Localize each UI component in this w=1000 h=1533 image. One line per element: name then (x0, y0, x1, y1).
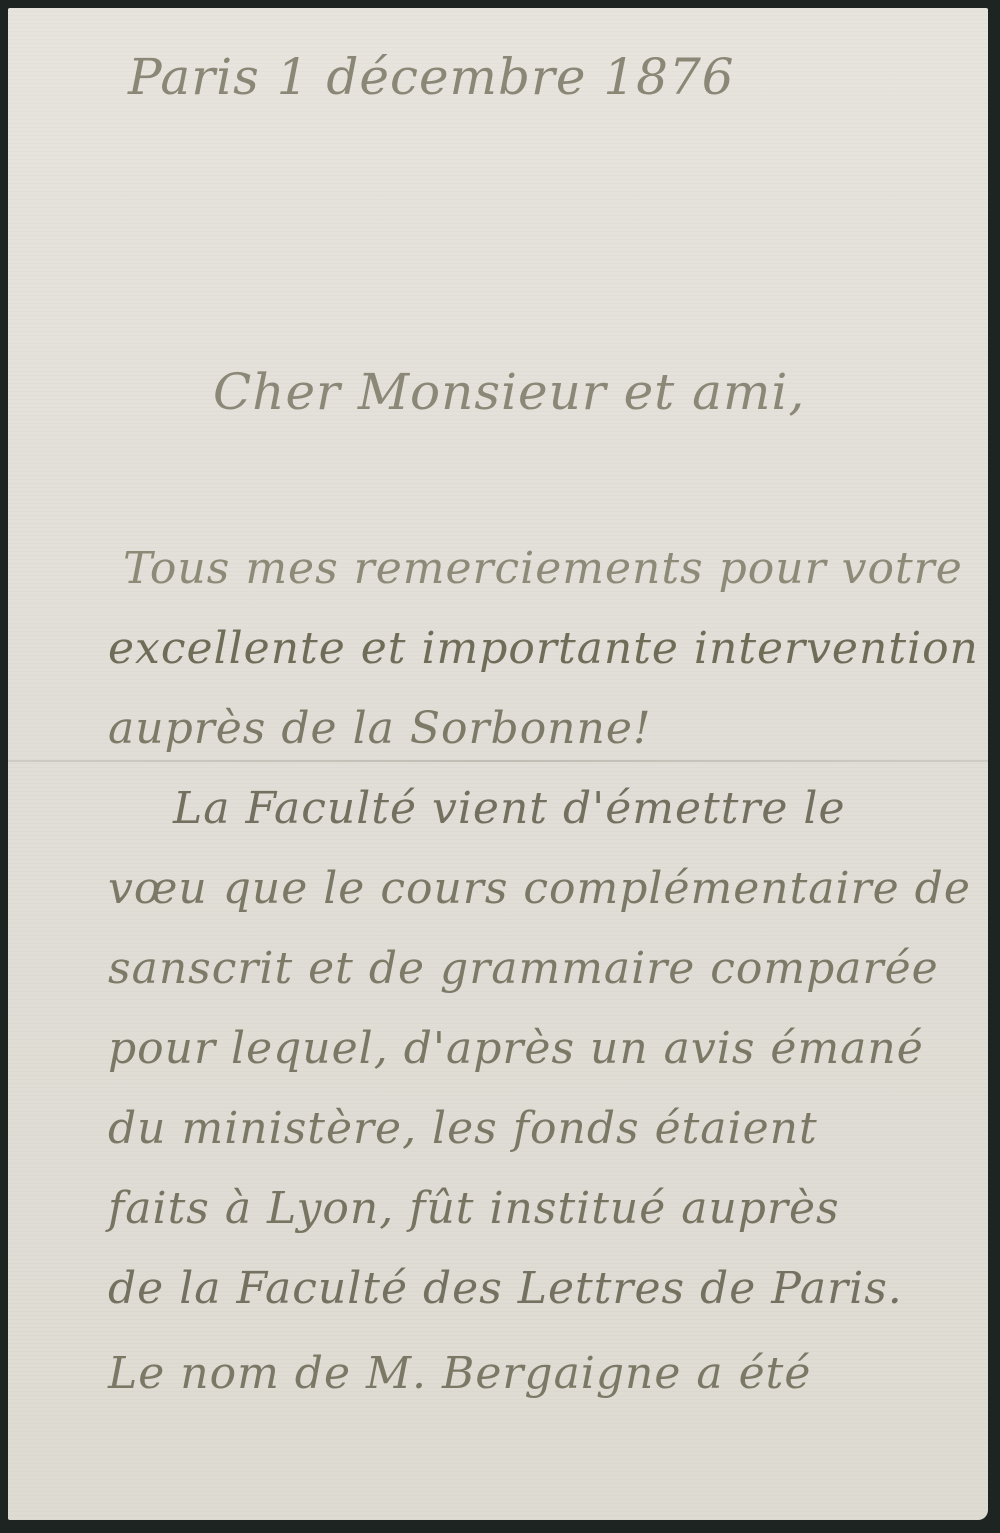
letter-line: auprès de la Sorbonne! (108, 703, 652, 754)
letter-line: Tous mes remerciements pour votre (123, 543, 963, 594)
letter-date: Paris 1 décembre 1876 (128, 48, 735, 106)
letter-line: pour lequel, d'après un avis émané (108, 1023, 924, 1074)
letter-line: sanscrit et de grammaire comparée (108, 943, 939, 994)
letter-line: faits à Lyon, fût institué auprès (108, 1183, 840, 1234)
letter-line: du ministère, les fonds étaient (108, 1103, 818, 1154)
letter-line: de la Faculté des Lettres de Paris. (108, 1263, 903, 1314)
letter-line: La Faculté vient d'émettre le (173, 783, 846, 834)
letter-line: Le nom de M. Bergaigne a été (108, 1348, 811, 1399)
letter-line: excellente et importante intervention (108, 623, 979, 674)
paper-fold-crease (8, 760, 988, 762)
letter-page: Paris 1 décembre 1876 Cher Monsieur et a… (8, 8, 988, 1520)
letter-salutation: Cher Monsieur et ami, (213, 363, 805, 421)
letter-line: vœu que le cours complémentaire de (108, 863, 971, 914)
